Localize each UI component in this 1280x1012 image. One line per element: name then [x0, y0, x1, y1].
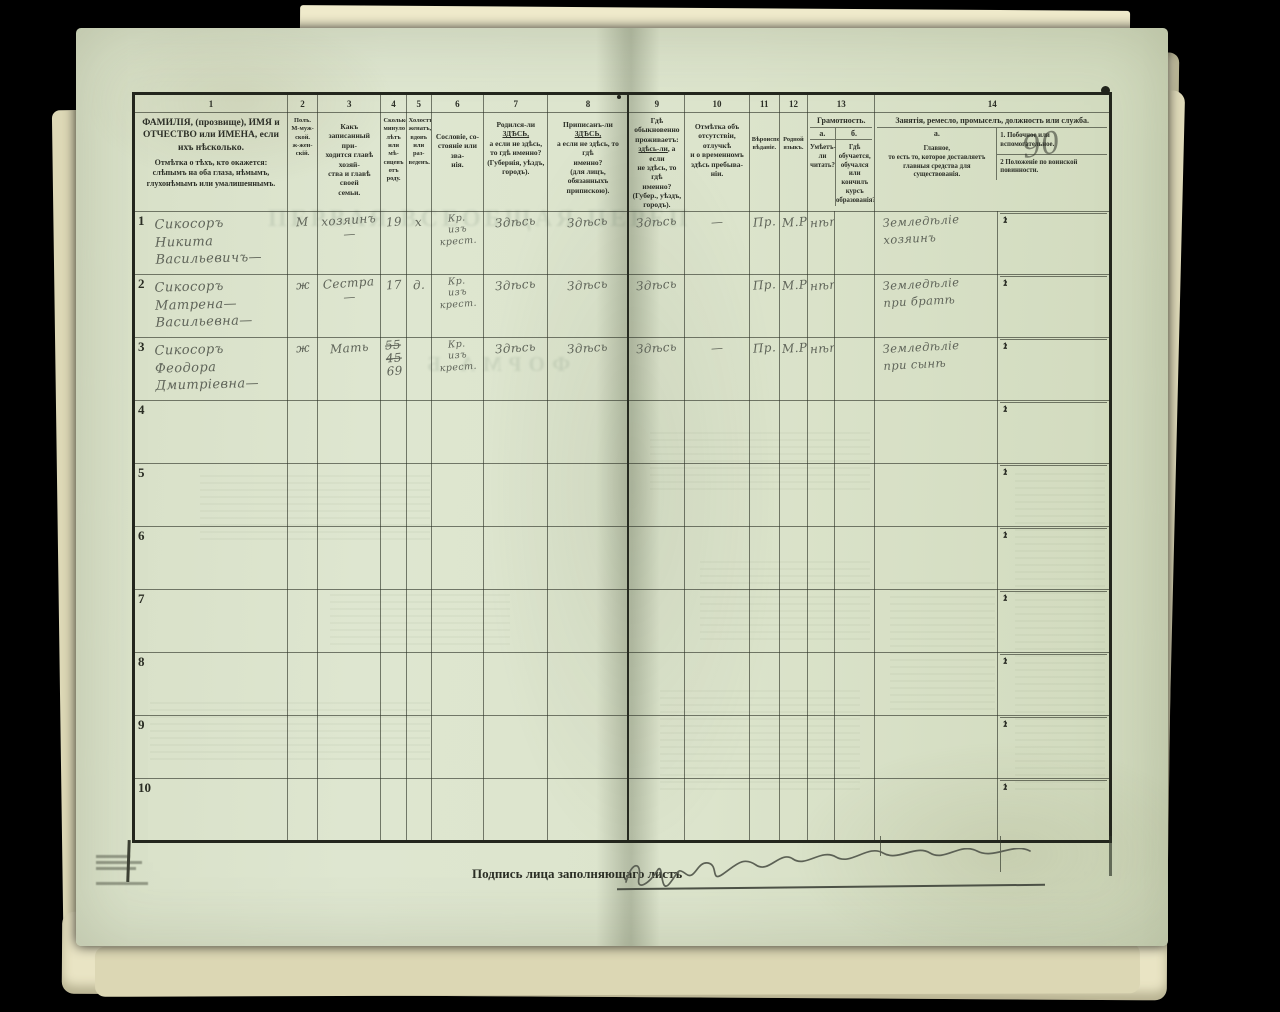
cell-education	[835, 589, 875, 652]
cell-registration	[548, 652, 628, 715]
cell-occupation-main	[875, 463, 998, 526]
cell-absence-note: —	[685, 337, 749, 400]
row-number: 2	[138, 276, 145, 292]
header-occupation-side: 1. Побочное или вспомогательное. 2 Полож…	[997, 128, 1107, 180]
cell-estate	[431, 526, 483, 589]
cell-birthplace	[484, 652, 548, 715]
row-number: 7	[138, 591, 145, 607]
cell-birthplace	[484, 589, 548, 652]
cell-religion: Пр.	[749, 211, 779, 274]
cell-education	[835, 463, 875, 526]
handwritten-name: Сикосоръ Феодора Дмитріевна—	[154, 339, 285, 395]
cell-literacy	[808, 463, 835, 526]
cell-registration: Здѣсь	[548, 337, 628, 400]
cell-absence-note	[685, 274, 749, 337]
header-language: Родной языкъ.	[779, 113, 807, 212]
cell-registration	[548, 463, 628, 526]
handwritten-entry: нѣтъ	[809, 276, 834, 296]
handwritten-entry: Здѣсь	[495, 213, 537, 233]
occupation-side-subcell: 1	[1000, 780, 1107, 781]
row-number: 6	[138, 528, 145, 544]
cell-registration	[548, 400, 628, 463]
header-literacy-title: Грамотность.	[810, 114, 872, 128]
cell-relation	[318, 463, 381, 526]
header-literacy-letters: а.б.	[810, 128, 872, 140]
cell-age	[381, 526, 406, 589]
cell-occupation-side: 12	[998, 211, 1111, 274]
cell-native-language: М.Р.	[779, 337, 807, 400]
cell-birthplace: Здѣсь	[484, 274, 548, 337]
handwritten-entry: Земледѣліе при сынѣ	[883, 337, 962, 375]
person-row: 912	[134, 715, 1111, 778]
cell-education	[835, 274, 875, 337]
cell-registration	[548, 589, 628, 652]
cell-residence: Здѣсь	[628, 274, 684, 337]
cell-occupation-main: Земледѣліе хозяинъ	[875, 211, 998, 274]
cell-absence-note	[685, 526, 749, 589]
header-estate: Сословіе, со- стояніе или зва- нія.	[431, 113, 483, 212]
cell-residence	[628, 589, 684, 652]
cell-age: 554569	[381, 337, 406, 400]
cell-age	[381, 589, 406, 652]
person-row: 1012	[134, 778, 1111, 841]
cell-religion	[749, 463, 779, 526]
cell-religion	[749, 526, 779, 589]
cell-native-language: М.Р.	[779, 211, 807, 274]
handwritten-entry: нѣтъ	[809, 339, 834, 359]
handwritten-entry: Здѣсь	[636, 276, 678, 296]
person-row: 2Сикосоръ Матрена— Васильевна—жСестра—17…	[134, 274, 1111, 337]
col-number: 7	[484, 94, 548, 113]
cell-occupation-main	[875, 589, 998, 652]
cell-estate: Кр. изъ крест.	[431, 211, 483, 274]
cell-occupation-side: 12	[998, 274, 1111, 337]
cell-literacy	[808, 400, 835, 463]
col-number: 2	[287, 94, 317, 113]
cell-name: 10	[134, 778, 288, 841]
handwritten-entry: Земледѣліе при братѣ	[883, 274, 962, 312]
printer-imprint	[96, 852, 151, 888]
cell-absence-note	[685, 589, 749, 652]
col-number: 13	[808, 94, 875, 113]
occupation-side-subcell: 1	[1000, 654, 1107, 655]
cell-religion	[749, 400, 779, 463]
occupation-side-subcell: 1	[1000, 339, 1107, 340]
cell-absence-note	[685, 652, 749, 715]
cell-registration	[548, 778, 628, 841]
census-table-body: 1Сикосоръ Никита Васильевичъ—Мхозяинъ—19…	[134, 211, 1111, 841]
handwritten-entry: Кр. изъ крест.	[433, 274, 483, 314]
header-registration: Приписанъ-ли ЗДѢСЬ, а если не здѣсь, то …	[548, 113, 628, 212]
cell-literacy	[808, 715, 835, 778]
cell-religion	[749, 589, 779, 652]
cell-religion	[749, 715, 779, 778]
cell-birthplace	[484, 463, 548, 526]
cell-name: 8	[134, 652, 288, 715]
cell-registration: Здѣсь	[548, 274, 628, 337]
handwritten-entry: 17	[385, 277, 402, 295]
subcell-label: 2	[1003, 467, 1007, 477]
subcell-label: 2	[1003, 341, 1007, 351]
column-numbers-row: 1 2 3 4 5 6 7 8 9 10 11 12 13 14	[134, 94, 1111, 113]
cell-estate	[431, 715, 483, 778]
person-row: 812	[134, 652, 1111, 715]
cell-estate	[431, 463, 483, 526]
handwritten-entry: Здѣсь	[567, 213, 609, 233]
cell-native-language	[779, 715, 807, 778]
header-religion: Вѣроиспо- вѣданіе.	[749, 113, 779, 212]
cell-literacy: нѣтъ	[808, 274, 835, 337]
cell-marital-status	[406, 337, 431, 400]
cell-literacy: нѣтъ	[808, 337, 835, 400]
cell-occupation-side: 12	[998, 715, 1111, 778]
cell-literacy	[808, 526, 835, 589]
cell-education	[835, 526, 875, 589]
subcell-label: 2	[1003, 404, 1007, 414]
subcell-label: 2	[1003, 782, 1007, 792]
handwritten-entry: Земледѣліе хозяинъ	[883, 211, 962, 249]
cell-estate: Кр. изъ крест.	[431, 337, 483, 400]
cell-occupation-side: 12	[998, 526, 1111, 589]
header-name-note: Отмѣтка о тѣхъ, кто окажется: слѣпымъ на…	[137, 158, 285, 189]
handwritten-entry: ж	[295, 340, 310, 358]
header-residence: Гдѣ обыкновенно проживаетъ: здѣсь-ли, а …	[628, 113, 684, 212]
cell-native-language	[779, 526, 807, 589]
col-number: 3	[318, 94, 381, 113]
handwritten-entry: М.Р.	[781, 214, 807, 233]
subcell-label: 2	[1003, 719, 1007, 729]
handwritten-entry: нѣтъ	[809, 213, 834, 233]
header-age: Сколько минуло лѣтъ или мѣ- сяцевъ отъ р…	[381, 113, 406, 212]
occupation-side-subcell: 1	[1000, 213, 1107, 214]
occupation-side-subcell: 1	[1000, 717, 1107, 718]
occupation-side-subcell: 1	[1000, 465, 1107, 466]
cell-literacy	[808, 778, 835, 841]
cell-relation	[318, 715, 381, 778]
header-absence: Отмѣтка объ отсутствіи, отлучкѣ и о врем…	[685, 113, 749, 212]
cell-occupation-main: Земледѣліе при братѣ	[875, 274, 998, 337]
handwritten-entry: Мать	[329, 339, 369, 359]
col-number: 11	[749, 94, 779, 113]
col-number: 6	[431, 94, 483, 113]
cell-native-language	[779, 778, 807, 841]
cell-relation: Сестра—	[318, 274, 381, 337]
cell-occupation-side: 12	[998, 778, 1111, 841]
col-number: 1	[134, 94, 288, 113]
person-row: 412	[134, 400, 1111, 463]
cell-sex	[287, 463, 317, 526]
col-number: 4	[381, 94, 406, 113]
cell-relation	[318, 589, 381, 652]
cell-name: 7	[134, 589, 288, 652]
cell-age	[381, 652, 406, 715]
row-number: 10	[138, 780, 151, 796]
cell-estate	[431, 778, 483, 841]
cell-residence	[628, 652, 684, 715]
header-name-main: ФАМИЛІЯ, (прозвище), ИМЯ и ОТЧЕСТВО или …	[137, 117, 285, 154]
cell-estate	[431, 652, 483, 715]
cell-relation	[318, 526, 381, 589]
cell-occupation-main	[875, 778, 998, 841]
cell-marital-status	[406, 526, 431, 589]
cell-registration	[548, 526, 628, 589]
cell-marital-status	[406, 589, 431, 652]
handwritten-entry: х	[415, 215, 423, 232]
handwritten-entry: д.	[412, 277, 425, 295]
subcell-label: 2	[1003, 278, 1007, 288]
cell-absence-note	[685, 463, 749, 526]
handwritten-entry: Здѣсь	[636, 339, 678, 359]
cell-religion	[749, 778, 779, 841]
ink-dot	[617, 95, 621, 99]
cell-education	[835, 715, 875, 778]
cell-marital-status	[406, 715, 431, 778]
cell-marital-status	[406, 778, 431, 841]
signature-handwriting	[620, 848, 1040, 892]
cell-marital-status	[406, 400, 431, 463]
handwritten-entry: Пр.	[752, 340, 776, 359]
cell-residence: Здѣсь	[628, 211, 684, 274]
cell-estate	[431, 400, 483, 463]
col-number: 12	[779, 94, 807, 113]
header-occupation-main: а. Главное, то есть то, которое доставля…	[877, 128, 997, 180]
cell-literacy	[808, 589, 835, 652]
cell-age: 17	[381, 274, 406, 337]
cell-occupation-main	[875, 400, 998, 463]
cell-birthplace	[484, 778, 548, 841]
cell-marital-status: х	[406, 211, 431, 274]
subcell-label: 2	[1003, 593, 1007, 603]
cell-literacy: нѣтъ	[808, 211, 835, 274]
handwritten-entry: М.Р.	[781, 277, 807, 296]
person-row: 3Сикосоръ Феодора Дмитріевна—жМать554569…	[134, 337, 1111, 400]
person-row: 612	[134, 526, 1111, 589]
cell-residence	[628, 526, 684, 589]
cell-literacy	[808, 652, 835, 715]
handwritten-entry: Здѣсь	[495, 276, 537, 296]
header-birthplace: Родился-ли ЗДѢСЬ, а если не здѣсь, то гд…	[484, 113, 548, 212]
handwritten-entry: Кр. изъ крест.	[433, 337, 483, 377]
col-number: 5	[406, 94, 431, 113]
handwritten-entry: Здѣсь	[495, 339, 537, 359]
cell-birthplace	[484, 526, 548, 589]
col-number: 14	[875, 94, 1111, 113]
header-relation: Какъ записанный при- ходится главѣ хозяй…	[318, 113, 381, 212]
row-number: 8	[138, 654, 145, 670]
cell-native-language	[779, 652, 807, 715]
handwritten-entry: Кр. изъ крест.	[433, 211, 483, 251]
row-number: 1	[138, 213, 145, 229]
handwritten-name: Сикосоръ Никита Васильевичъ—	[154, 213, 285, 269]
person-row: 1Сикосоръ Никита Васильевичъ—Мхозяинъ—19…	[134, 211, 1111, 274]
cell-name: 6	[134, 526, 288, 589]
cell-native-language	[779, 400, 807, 463]
cell-education	[835, 652, 875, 715]
occupation-side-subcell: 1	[1000, 402, 1107, 403]
cell-native-language: М.Р.	[779, 274, 807, 337]
cell-sex: ж	[287, 274, 317, 337]
cell-marital-status: д.	[406, 274, 431, 337]
occupation-side-subcell: 1	[1000, 528, 1107, 529]
handwritten-age-corrections: 554569	[384, 338, 403, 382]
cell-birthplace: Здѣсь	[484, 211, 548, 274]
handwritten-entry: М	[296, 214, 310, 232]
header-occupation-group: Занятія, ремесло, промыселъ, должность и…	[875, 113, 1111, 212]
row-number: 4	[138, 402, 145, 418]
cell-native-language	[779, 463, 807, 526]
header-sex: Полъ. М-муж- ской. ж-жен- скій.	[287, 113, 317, 212]
cell-sex: ж	[287, 337, 317, 400]
cell-absence-note	[685, 715, 749, 778]
cell-relation	[318, 400, 381, 463]
subcell-label: 2	[1003, 530, 1007, 540]
person-row: 512	[134, 463, 1111, 526]
cell-relation: Мать	[318, 337, 381, 400]
cell-birthplace: Здѣсь	[484, 337, 548, 400]
header-occupation-title: Занятія, ремесло, промыселъ, должность и…	[877, 114, 1107, 128]
cell-sex	[287, 400, 317, 463]
cell-education	[835, 400, 875, 463]
cell-name: 2Сикосоръ Матрена— Васильевна—	[134, 274, 288, 337]
cell-occupation-main	[875, 715, 998, 778]
occupation-side-subcell: 1	[1000, 591, 1107, 592]
cell-religion: Пр.	[749, 274, 779, 337]
subcell-label: 2	[1003, 215, 1007, 225]
cell-sex	[287, 778, 317, 841]
cell-relation	[318, 778, 381, 841]
cell-age	[381, 715, 406, 778]
cell-relation	[318, 652, 381, 715]
handwritten-entry: ж	[295, 277, 310, 295]
column-headers-row: ФАМИЛІЯ, (прозвище), ИМЯ и ОТЧЕСТВО или …	[134, 113, 1111, 212]
header-literacy-education: Гдѣ обучается, обучался или кончилъ курс…	[836, 140, 873, 206]
cell-registration: Здѣсь	[548, 211, 628, 274]
handwritten-entry: Здѣсь	[636, 213, 678, 233]
cell-registration	[548, 715, 628, 778]
cell-religion	[749, 652, 779, 715]
cell-name: 3Сикосоръ Феодора Дмитріевна—	[134, 337, 288, 400]
handwritten-entry: —	[710, 340, 724, 358]
handwritten-entry: —	[710, 214, 724, 232]
header-literacy-read: Умѣетъ- ли читать?	[810, 140, 836, 206]
col-number: 10	[685, 94, 749, 113]
handwritten-entry: Здѣсь	[567, 339, 609, 359]
cell-occupation-main	[875, 652, 998, 715]
cell-age	[381, 463, 406, 526]
handwritten-entry: 19	[385, 214, 402, 232]
cell-residence	[628, 778, 684, 841]
handwritten-name: Сикосоръ Матрена— Васильевна—	[154, 276, 285, 332]
cell-residence	[628, 400, 684, 463]
row-number: 9	[138, 717, 145, 733]
cell-education	[835, 211, 875, 274]
cell-occupation-side: 12	[998, 589, 1111, 652]
census-table: 1 2 3 4 5 6 7 8 9 10 11 12 13 14 ФАМИЛІЯ…	[132, 92, 1112, 843]
row-number: 5	[138, 465, 145, 481]
cell-occupation-main	[875, 526, 998, 589]
cell-occupation-side: 12	[998, 400, 1111, 463]
cell-name: 9	[134, 715, 288, 778]
cell-absence-note: —	[685, 211, 749, 274]
cell-residence: Здѣсь	[628, 337, 684, 400]
subcell-label: 2	[1003, 656, 1007, 666]
handwritten-entry: Здѣсь	[567, 276, 609, 296]
cell-religion: Пр.	[749, 337, 779, 400]
cell-occupation-side: 12	[998, 463, 1111, 526]
handwritten-entry: Пр.	[752, 277, 776, 296]
cell-estate: Кр. изъ крест.	[431, 274, 483, 337]
person-row: 712	[134, 589, 1111, 652]
cell-birthplace	[484, 715, 548, 778]
cell-education	[835, 337, 875, 400]
table-rule-tail	[1109, 836, 1112, 876]
header-name: ФАМИЛІЯ, (прозвище), ИМЯ и ОТЧЕСТВО или …	[134, 113, 288, 212]
handwritten-entry: хозяинъ—	[319, 211, 379, 245]
cell-absence-note	[685, 400, 749, 463]
cell-sex	[287, 589, 317, 652]
cell-estate	[431, 589, 483, 652]
cell-marital-status	[406, 463, 431, 526]
cell-occupation-main: Земледѣліе при сынѣ	[875, 337, 998, 400]
cell-absence-note	[685, 778, 749, 841]
cell-age	[381, 400, 406, 463]
cell-native-language	[779, 589, 807, 652]
cell-residence	[628, 715, 684, 778]
col-number: 9	[628, 94, 684, 113]
cell-age: 19	[381, 211, 406, 274]
cell-sex	[287, 652, 317, 715]
cell-age	[381, 778, 406, 841]
header-literacy-group: Грамотность. а.б. Умѣетъ- ли читать? Гдѣ…	[808, 113, 875, 212]
cell-sex	[287, 715, 317, 778]
cell-occupation-side: 12	[998, 652, 1111, 715]
cell-sex: М	[287, 211, 317, 274]
cell-birthplace	[484, 400, 548, 463]
header-marital: Холостъ, женатъ, вдовъ или раз- веденъ.	[406, 113, 431, 212]
occupation-side-subcell: 1	[1000, 276, 1107, 277]
cell-name: 5	[134, 463, 288, 526]
handwritten-entry: М.Р.	[781, 340, 807, 359]
handwritten-entry: Сестра—	[319, 274, 379, 308]
cell-relation: хозяинъ—	[318, 211, 381, 274]
ink-dot	[1101, 86, 1110, 95]
cell-education	[835, 778, 875, 841]
row-number: 3	[138, 339, 145, 355]
handwritten-entry: Пр.	[752, 214, 776, 233]
cell-residence	[628, 463, 684, 526]
cell-sex	[287, 526, 317, 589]
cell-marital-status	[406, 652, 431, 715]
paper-stack-bottom-edge-2	[95, 943, 1140, 997]
cell-name: 4	[134, 400, 288, 463]
cell-occupation-side: 12	[998, 337, 1111, 400]
cell-name: 1Сикосоръ Никита Васильевичъ—	[134, 211, 288, 274]
